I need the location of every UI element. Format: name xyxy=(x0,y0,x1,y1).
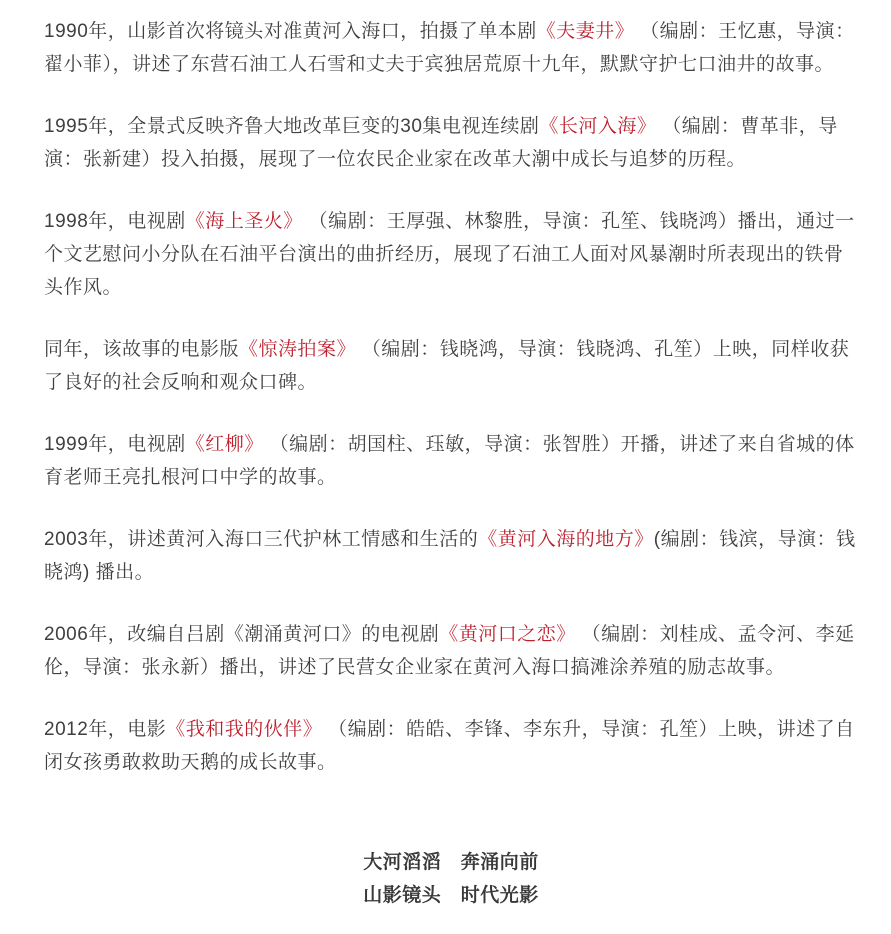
paragraph-1998: 1998年，电视剧《海上圣火》 （编剧：王厚强、林黎胜，导演：孔笙、钱晓鸿）播出… xyxy=(44,205,858,304)
article-page: { "theme": { "background": "#ffffff", "b… xyxy=(0,0,891,934)
text-segment: 同年，该故事的电影版 xyxy=(44,339,239,360)
work-title-hong-liu: 《红柳》 xyxy=(186,434,264,455)
paragraph-2003: 2003年，讲述黄河入海口三代护林工情感和生活的《黄河入海的地方》(编剧：钱滨，… xyxy=(44,523,858,589)
work-title-huang-he-ru-hai-de-di-fang: 《黄河入海的地方》 xyxy=(478,529,654,550)
paragraph-1999: 1999年，电视剧《红柳》 （编剧：胡国柱、珏敏，导演：张智胜）开播，讲述了来自… xyxy=(44,428,858,494)
text-segment: 1990年，山影首次将镜头对准黄河入海口，拍摄了单本剧 xyxy=(44,21,537,42)
work-title-wo-he-wo-de-huo-ban: 《我和我的伙伴》 xyxy=(166,719,322,740)
closing-slogan: 大河滔滔 奔涌向前 山影镜头 时代光影 xyxy=(44,846,858,912)
work-title-chang-he-ru-hai: 《长河入海》 xyxy=(539,116,656,137)
paragraph-2012: 2012年，电影《我和我的伙伴》 （编剧：皓皓、李锋、李东升，导演：孔笙）上映，… xyxy=(44,713,858,779)
paragraph-2006: 2006年，改编自吕剧《潮涌黄河口》的电视剧《黄河口之恋》 （编剧：刘桂成、孟令… xyxy=(44,618,858,684)
text-segment: 2012年，电影 xyxy=(44,719,166,740)
paragraph-1995: 1995年，全景式反映齐鲁大地改革巨变的30集电视连续剧《长河入海》 （编剧：曹… xyxy=(44,110,858,176)
text-segment: 2006年，改编自吕剧《潮涌黄河口》的电视剧 xyxy=(44,624,439,645)
slogan-line-1: 大河滔滔 奔涌向前 xyxy=(44,846,858,879)
slogan-line-2: 山影镜头 时代光影 xyxy=(44,879,858,912)
work-title-huang-he-kou-zhi-lian: 《黄河口之恋》 xyxy=(439,624,576,645)
text-segment: 1998年，电视剧 xyxy=(44,211,186,232)
paragraph-1990: 1990年，山影首次将镜头对准黄河入海口，拍摄了单本剧《夫妻井》 （编剧：王忆惠… xyxy=(44,15,858,81)
text-segment: 1999年，电视剧 xyxy=(44,434,186,455)
text-segment: 1995年，全景式反映齐鲁大地改革巨变的30集电视连续剧 xyxy=(44,116,539,137)
work-title-jing-tao-pai-an: 《惊涛拍案》 xyxy=(239,339,356,360)
work-title-hai-shang-sheng-huo: 《海上圣火》 xyxy=(186,211,303,232)
paragraph-1998-film: 同年，该故事的电影版《惊涛拍案》 （编剧：钱晓鸿，导演：钱晓鸿、孔笙）上映，同样… xyxy=(44,333,858,399)
text-segment: 2003年，讲述黄河入海口三代护林工情感和生活的 xyxy=(44,529,478,550)
work-title-fu-qi-jing: 《夫妻井》 xyxy=(537,21,635,42)
article-body: 1990年，山影首次将镜头对准黄河入海口，拍摄了单本剧《夫妻井》 （编剧：王忆惠… xyxy=(0,0,891,912)
